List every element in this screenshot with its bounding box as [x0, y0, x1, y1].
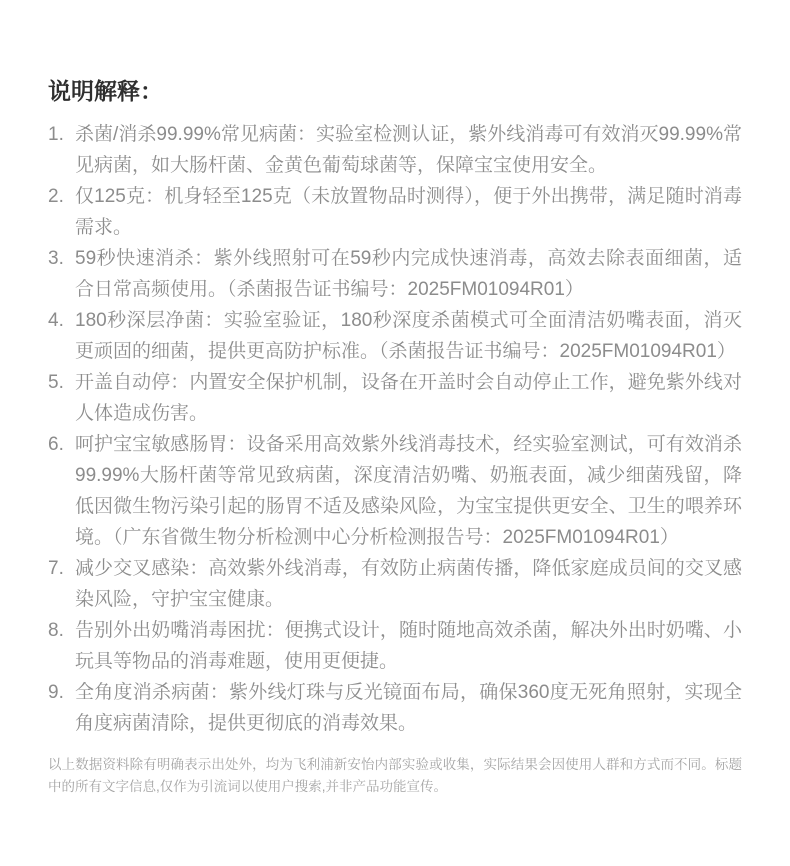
- list-item-number: 7.: [48, 553, 75, 584]
- list-item-number: 9.: [48, 677, 75, 708]
- list-item-text: 180秒深层净菌：实验室验证，180秒深度杀菌模式可全面清洁奶嘴表面，消灭更顽固…: [75, 305, 742, 367]
- list-item: 2. 仅125克：机身轻至125克（未放置物品时测得），便于外出携带，满足随时消…: [48, 181, 742, 243]
- list-item-number: 8.: [48, 615, 75, 646]
- list-item: 9. 全角度消杀病菌：紫外线灯珠与反光镜面布局，确保360度无死角照射，实现全角…: [48, 677, 742, 739]
- list-item: 1. 杀菌/消杀99.99%常见病菌：实验室检测认证，紫外线消毒可有效消灭99.…: [48, 119, 742, 181]
- list-item: 6. 呵护宝宝敏感肠胃：设备采用高效紫外线消毒技术，经实验室测试，可有效消杀99…: [48, 429, 742, 553]
- list-item-number: 1.: [48, 119, 75, 150]
- list-item-text: 减少交叉感染：高效紫外线消毒，有效防止病菌传播，降低家庭成员间的交叉感染风险，守…: [75, 553, 742, 615]
- list-item: 5. 开盖自动停：内置安全保护机制，设备在开盖时会自动停止工作，避免紫外线对人体…: [48, 367, 742, 429]
- list-item-number: 3.: [48, 243, 75, 274]
- list-item-text: 仅125克：机身轻至125克（未放置物品时测得），便于外出携带，满足随时消毒需求…: [75, 181, 742, 243]
- list-item-number: 2.: [48, 181, 75, 212]
- list-item-number: 5.: [48, 367, 75, 398]
- notes-list: 1. 杀菌/消杀99.99%常见病菌：实验室检测认证，紫外线消毒可有效消灭99.…: [48, 119, 742, 739]
- list-item: 7. 减少交叉感染：高效紫外线消毒，有效防止病菌传播，降低家庭成员间的交叉感染风…: [48, 553, 742, 615]
- list-item-text: 全角度消杀病菌：紫外线灯珠与反光镜面布局，确保360度无死角照射，实现全角度病菌…: [75, 677, 742, 739]
- list-item: 3. 59秒快速消杀：紫外线照射可在59秒内完成快速消毒，高效去除表面细菌，适合…: [48, 243, 742, 305]
- product-description-page: 说明解释： 1. 杀菌/消杀99.99%常见病菌：实验室检测认证，紫外线消毒可有…: [0, 0, 790, 866]
- list-item-text: 告别外出奶嘴消毒困扰：便携式设计，随时随地高效杀菌，解决外出时奶嘴、小玩具等物品…: [75, 615, 742, 677]
- list-item-number: 6.: [48, 429, 75, 460]
- disclaimer-text: 以上数据资料除有明确表示出处外，均为飞利浦新安怡内部实验或收集，实际结果会因使用…: [48, 754, 742, 798]
- list-item-number: 4.: [48, 305, 75, 336]
- list-item-text: 呵护宝宝敏感肠胃：设备采用高效紫外线消毒技术，经实验室测试，可有效消杀99.99…: [75, 429, 742, 553]
- list-item-text: 59秒快速消杀：紫外线照射可在59秒内完成快速消毒，高效去除表面细菌，适合日常高…: [75, 243, 742, 305]
- list-item: 4. 180秒深层净菌：实验室验证，180秒深度杀菌模式可全面清洁奶嘴表面，消灭…: [48, 305, 742, 367]
- list-item-text: 开盖自动停：内置安全保护机制，设备在开盖时会自动停止工作，避免紫外线对人体造成伤…: [75, 367, 742, 429]
- list-item-text: 杀菌/消杀99.99%常见病菌：实验室检测认证，紫外线消毒可有效消灭99.99%…: [75, 119, 742, 181]
- page-title: 说明解释：: [48, 76, 742, 106]
- list-item: 8. 告别外出奶嘴消毒困扰：便携式设计，随时随地高效杀菌，解决外出时奶嘴、小玩具…: [48, 615, 742, 677]
